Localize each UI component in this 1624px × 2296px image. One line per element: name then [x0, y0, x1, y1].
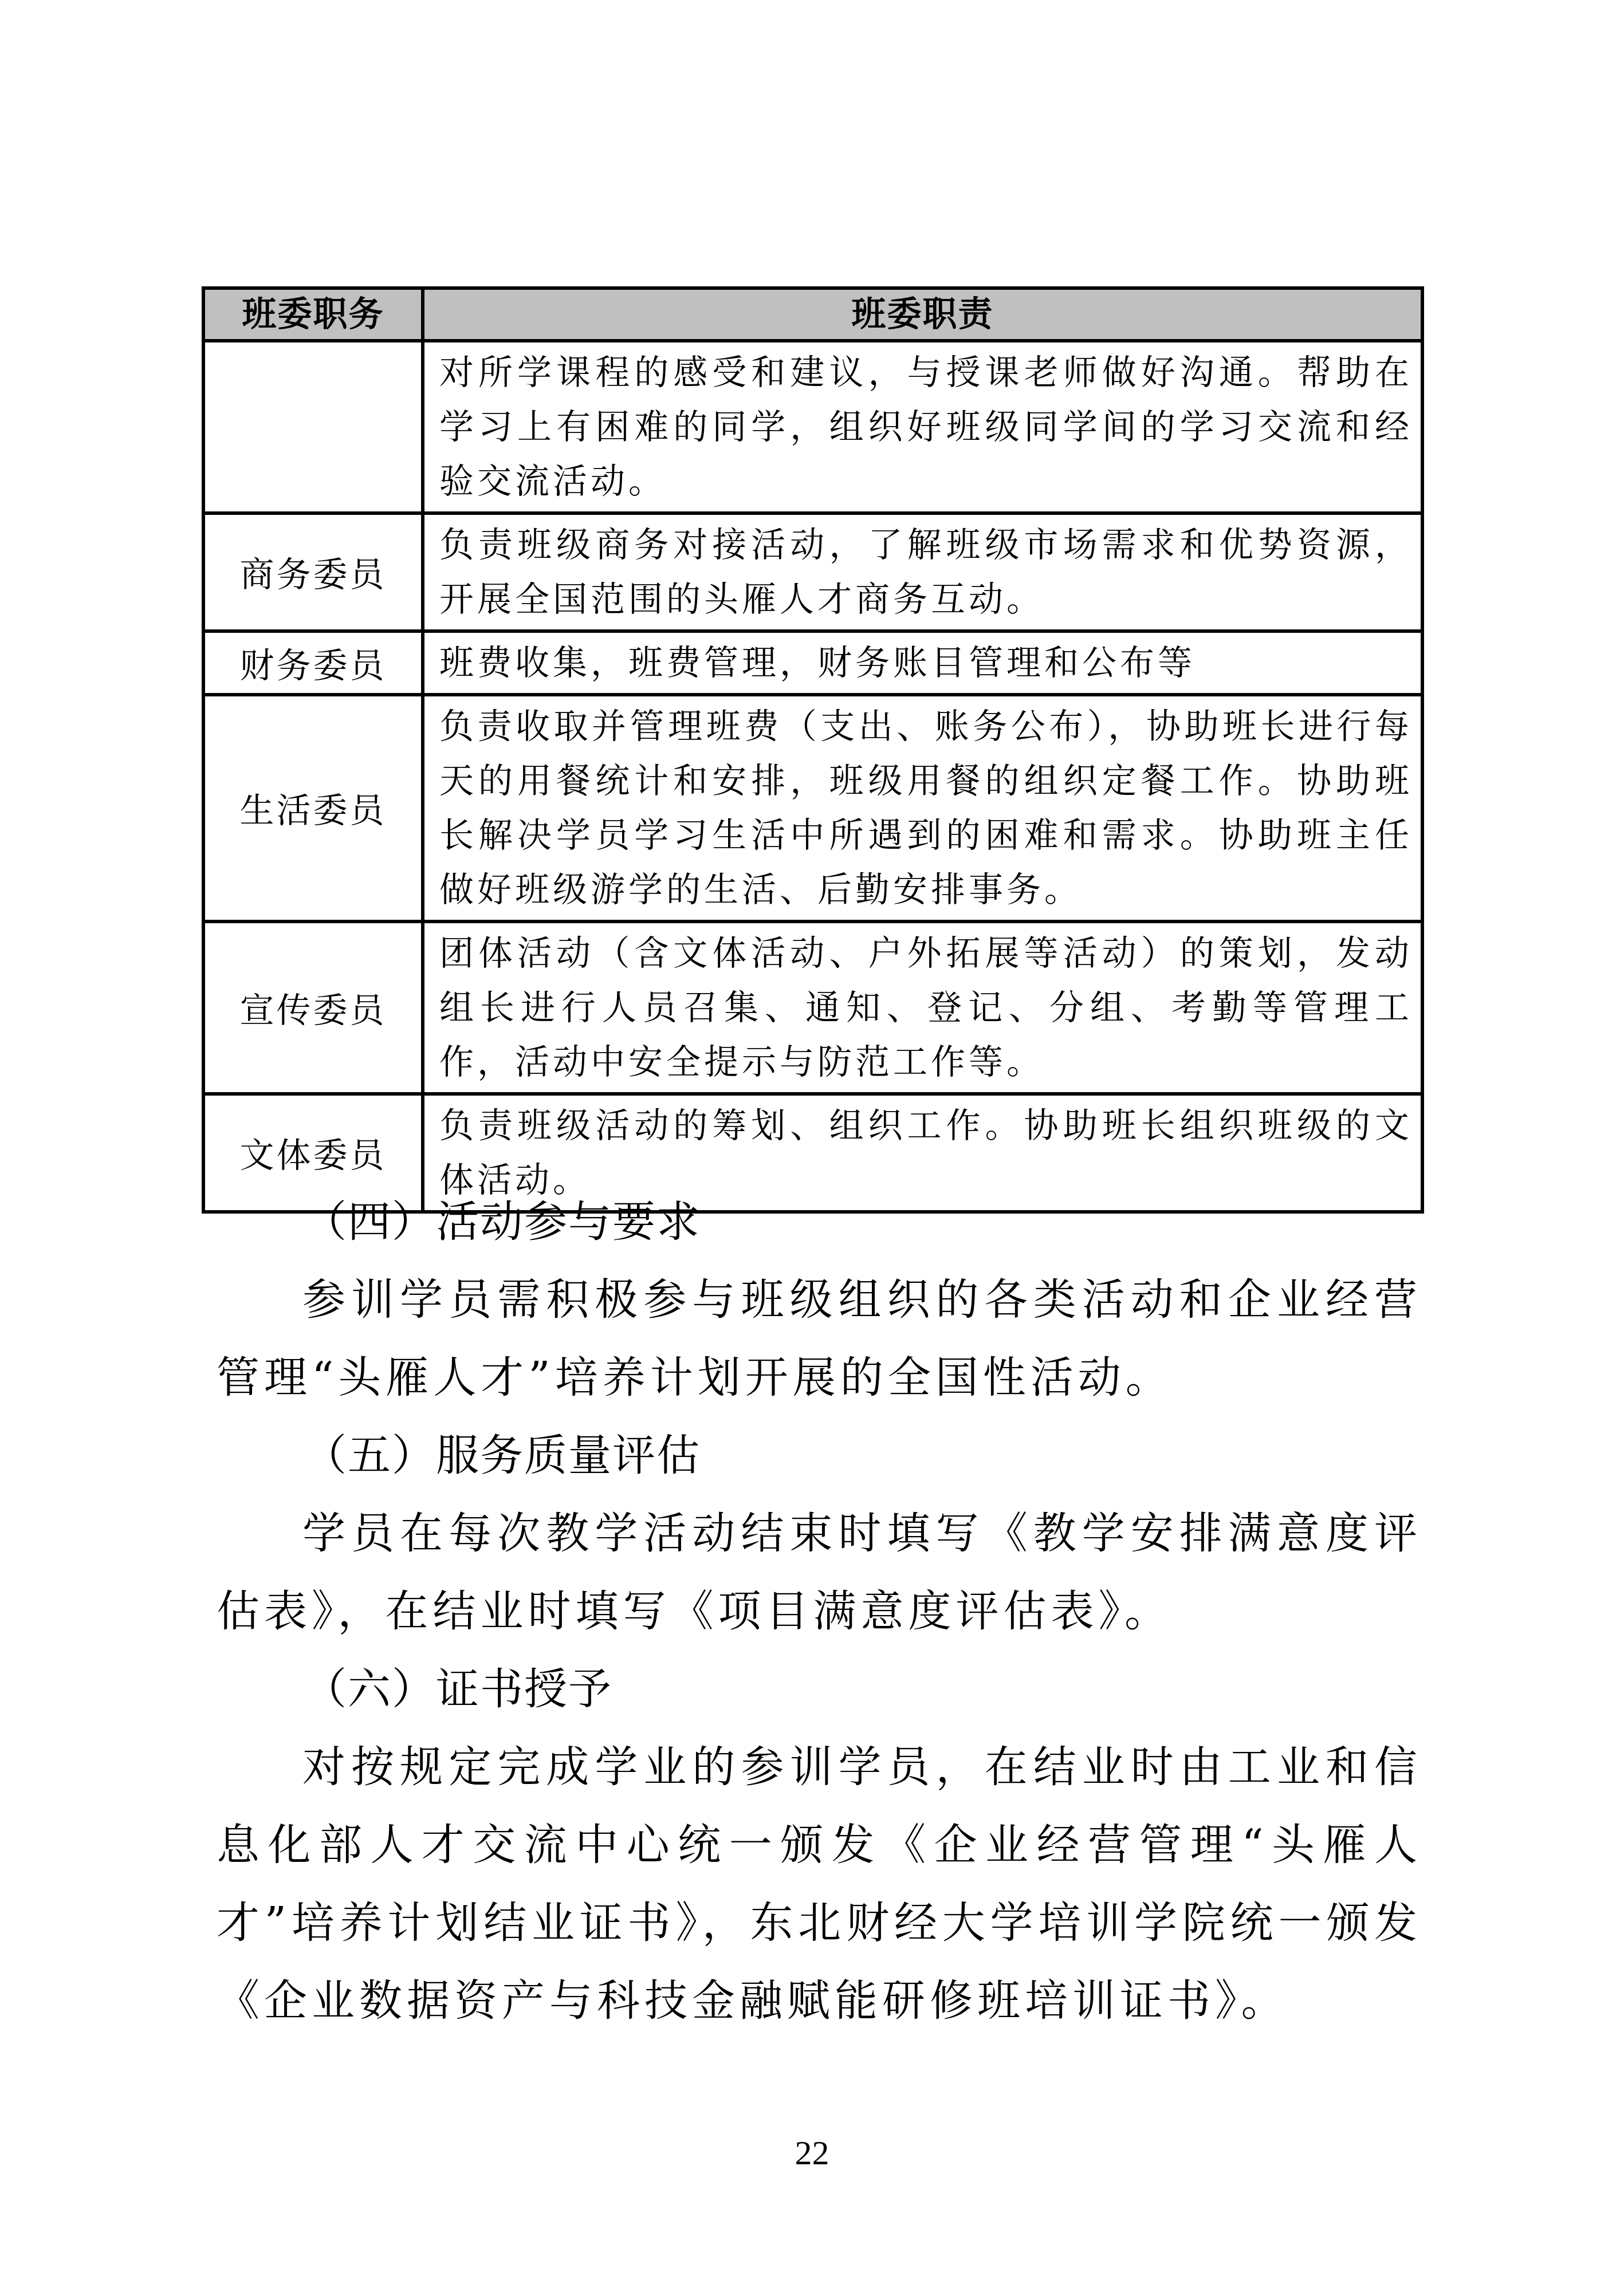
column-header-duty: 班委职责	[423, 288, 1422, 341]
section-body: 对按规定完成学业的参训学员，在结业时由工业和信息化部人才交流中心统一颁发《企业经…	[217, 1728, 1422, 2039]
duty-cell: 班费收集，班费管理，财务账目管理和公布等	[423, 631, 1422, 695]
duty-cell: 负责收取并管理班费（支出、账务公布），协助班长进行每天的用餐统计和安排，班级用餐…	[423, 695, 1422, 921]
section-heading: （四）活动参与要求	[217, 1183, 1422, 1261]
section-certificate-award: （六）证书授予 对按规定完成学业的参训学员，在结业时由工业和信息化部人才交流中心…	[217, 1650, 1422, 2039]
table-row: 宣传委员 团体活动（含文体活动、户外拓展等活动）的策划，发动组长进行人员召集、通…	[203, 921, 1422, 1094]
duty-cell: 团体活动（含文体活动、户外拓展等活动）的策划，发动组长进行人员召集、通知、登记、…	[423, 921, 1422, 1094]
page-number: 22	[0, 2133, 1624, 2173]
duty-cell: 负责班级商务对接活动，了解班级市场需求和优势资源，开展全国范围的头雁人才商务互动…	[423, 513, 1422, 631]
column-header-role: 班委职务	[203, 288, 423, 341]
duty-cell: 对所学课程的感受和建议，与授课老师做好沟通。帮助在学习上有困难的同学，组织好班级…	[423, 341, 1422, 513]
section-activity-participation: （四）活动参与要求 参训学员需积极参与班级组织的各类活动和企业经营管理“头雁人才…	[217, 1183, 1422, 1416]
table-header-row: 班委职务 班委职责	[203, 288, 1422, 341]
committee-duty-table: 班委职务 班委职责 对所学课程的感受和建议，与授课老师做好沟通。帮助在学习上有困…	[202, 286, 1424, 1214]
table-row: 商务委员 负责班级商务对接活动，了解班级市场需求和优势资源，开展全国范围的头雁人…	[203, 513, 1422, 631]
section-heading: （六）证书授予	[217, 1650, 1422, 1728]
table-row: 生活委员 负责收取并管理班费（支出、账务公布），协助班长进行每天的用餐统计和安排…	[203, 695, 1422, 921]
role-cell: 财务委员	[203, 631, 423, 695]
table-row: 对所学课程的感受和建议，与授课老师做好沟通。帮助在学习上有困难的同学，组织好班级…	[203, 341, 1422, 513]
section-service-evaluation: （五）服务质量评估 学员在每次教学活动结束时填写《教学安排满意度评估表》，在结业…	[217, 1416, 1422, 1650]
role-cell: 生活委员	[203, 695, 423, 921]
role-cell: 宣传委员	[203, 921, 423, 1094]
section-body: 参训学员需积极参与班级组织的各类活动和企业经营管理“头雁人才”培养计划开展的全国…	[217, 1261, 1422, 1416]
role-cell	[203, 341, 423, 513]
table-row: 财务委员 班费收集，班费管理，财务账目管理和公布等	[203, 631, 1422, 695]
section-heading: （五）服务质量评估	[217, 1416, 1422, 1494]
role-cell: 商务委员	[203, 513, 423, 631]
section-body: 学员在每次教学活动结束时填写《教学安排满意度评估表》，在结业时填写《项目满意度评…	[217, 1494, 1422, 1650]
